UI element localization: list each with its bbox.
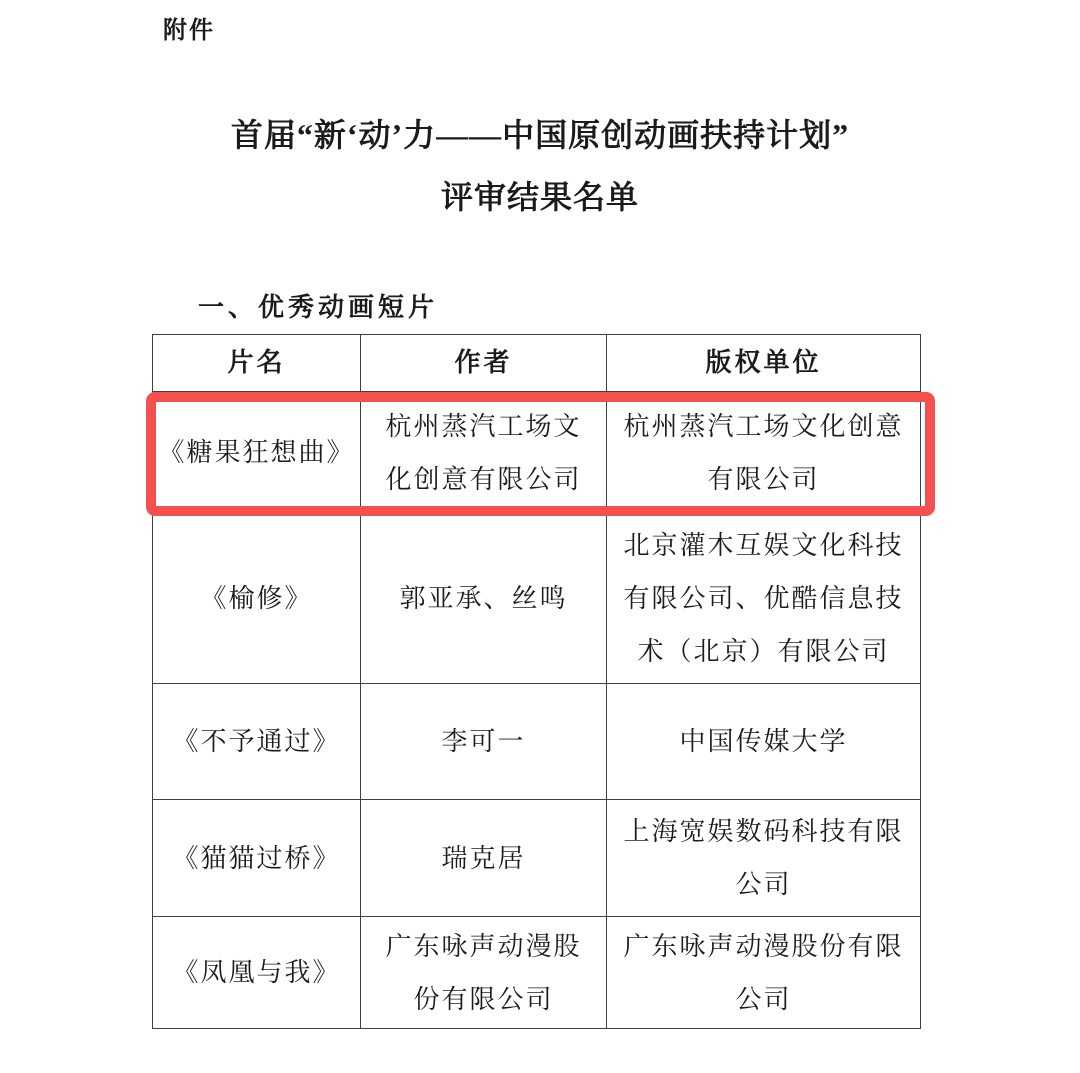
author-cell: 杭州蒸汽工场文化创意有限公司: [361, 392, 607, 514]
table-row-highlighted: 《糖果狂想曲》 杭州蒸汽工场文化创意有限公司 杭州蒸汽工场文化创意有限公司: [153, 392, 921, 514]
table-row: 《猫猫过桥》 瑞克居 上海宽娱数码科技有限公司: [153, 800, 921, 917]
document-title-line2: 评审结果名单: [0, 166, 1080, 228]
copyright-holder-cell: 中国传媒大学: [607, 684, 921, 800]
table-header-row: 片名 作者 版权单位: [153, 335, 921, 392]
column-header-film-title: 片名: [153, 335, 361, 392]
author-cell: 瑞克居: [361, 800, 607, 917]
author-cell: 李可一: [361, 684, 607, 800]
film-title-cell: 《猫猫过桥》: [153, 800, 361, 917]
author-cell: 广东咏声动漫股份有限公司: [361, 917, 607, 1029]
document-title: 首届“新‘动’力——中国原创动画扶持计划” 评审结果名单: [0, 104, 1080, 228]
film-title-cell: 《不予通过》: [153, 684, 361, 800]
film-title-cell: 《糖果狂想曲》: [153, 392, 361, 514]
attachment-label: 附件: [163, 10, 215, 45]
copyright-holder-cell: 广东咏声动漫股份有限公司: [607, 917, 921, 1029]
column-header-author: 作者: [361, 335, 607, 392]
table-row: 《不予通过》 李可一 中国传媒大学: [153, 684, 921, 800]
section-heading: 一、优秀动画短片: [198, 287, 438, 324]
film-title-cell: 《凤凰与我》: [153, 917, 361, 1029]
copyright-holder-cell: 杭州蒸汽工场文化创意有限公司: [607, 392, 921, 514]
author-cell: 郭亚承、丝鸣: [361, 514, 607, 684]
document-title-line1: 首届“新‘动’力——中国原创动画扶持计划”: [0, 104, 1080, 166]
copyright-holder-cell: 北京灌木互娱文化科技有限公司、优酷信息技术（北京）有限公司: [607, 514, 921, 684]
table-row: 《榆修》 郭亚承、丝鸣 北京灌木互娱文化科技有限公司、优酷信息技术（北京）有限公…: [153, 514, 921, 684]
results-table: 片名 作者 版权单位 《糖果狂想曲》 杭州蒸汽工场文化创意有限公司 杭州蒸汽工场…: [152, 334, 921, 1029]
column-header-copyright-holder: 版权单位: [607, 335, 921, 392]
copyright-holder-cell: 上海宽娱数码科技有限公司: [607, 800, 921, 917]
table-row: 《凤凰与我》 广东咏声动漫股份有限公司 广东咏声动漫股份有限公司: [153, 917, 921, 1029]
film-title-cell: 《榆修》: [153, 514, 361, 684]
